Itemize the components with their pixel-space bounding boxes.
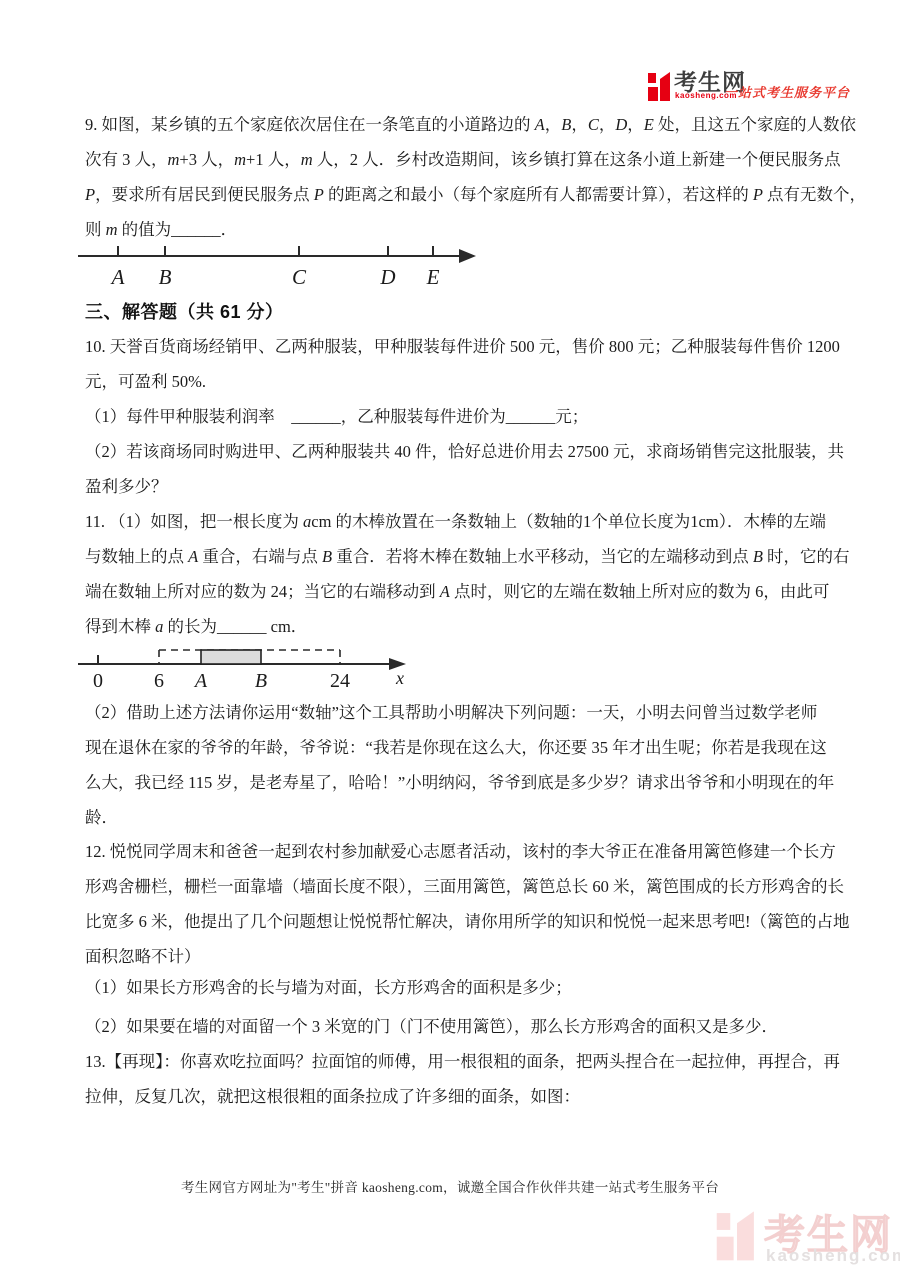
text-run: 得到木棒	[85, 617, 155, 636]
math-variable: m	[106, 220, 118, 239]
math-variable: B	[561, 115, 571, 134]
text-run: （1）每件甲种服装利润率 ______，乙种服装每件进价为______元；	[85, 407, 588, 426]
point-label: B	[159, 265, 172, 289]
question-13: 13.【再现】：你喜欢吃拉面吗？拉面馆的师傅，用一根很粗的面条，把两头捏合在一起…	[85, 1044, 855, 1114]
text-run: 人，2 人．乡村改造期间，该乡镇打算在这条小道上新建一个便民服务点	[313, 150, 841, 169]
text-run: 重合．若将木棒在数轴上水平移动，当它的左端移动到点	[332, 547, 753, 566]
question-10: 10. 天誉百货商场经销甲、乙两种服装，甲种服装每件进价 500 元，售价 80…	[85, 329, 855, 399]
text-line: 9. 如图，某乡镇的五个家庭依次居住在一条笔直的小道路边的 A，B，C，D，E …	[85, 107, 855, 142]
watermark-domain: kaosheng.com	[766, 1246, 900, 1266]
kaosheng-logo-icon	[648, 70, 672, 102]
math-variable: B	[753, 547, 763, 566]
text-run: 拉伸，反复几次，就把这根很粗的面条拉成了许多细的面条，如图：	[85, 1087, 580, 1106]
text-line: （2）若该商场同时购进甲、乙两种服装共 40 件，恰好总进价用去 27500 元…	[85, 434, 855, 469]
text-line: 元，可盈利 50%.	[85, 364, 855, 399]
text-line: 12. 悦悦同学周末和爸爸一起到农村参加献爱心志愿者活动，该村的李大爷正在准备用…	[85, 834, 855, 869]
tick-label: 0	[93, 670, 103, 692]
point-label: A	[193, 670, 208, 692]
text-run: ，要求所有居民到便民服务点	[95, 185, 314, 204]
text-run: cm 的木棒放置在一条数轴上（数轴的1个单位长度为1cm）．木棒的左端	[311, 512, 826, 531]
text-line: （2）借助上述方法请你运用“数轴”这个工具帮助小明解决下列问题：一天，小明去问曾…	[85, 695, 855, 730]
text-run: 12. 悦悦同学周末和爸爸一起到农村参加献爱心志愿者活动，该村的李大爷正在准备用…	[85, 842, 836, 861]
tick-label: 6	[154, 670, 164, 692]
math-variable: m	[168, 150, 180, 169]
math-variable: A	[440, 582, 450, 601]
math-variable: P	[753, 185, 763, 204]
text-run: ，	[599, 115, 616, 134]
text-run: ，	[627, 115, 644, 134]
text-run: 10. 天誉百货商场经销甲、乙两种服装，甲种服装每件进价 500 元，售价 80…	[85, 337, 840, 356]
text-run: 次有 3 人，	[85, 150, 168, 169]
exam-page: 考生网 kaosheng.com 一站式考生服务平台 9. 如图，某乡镇的五个家…	[0, 0, 900, 1272]
text-line: 得到木棒 a 的长为______ cm．	[85, 609, 855, 644]
math-variable: E	[644, 115, 654, 134]
text-run: 的长为______ cm．	[163, 617, 307, 636]
text-run: 端在数轴上所对应的数为 24；当它的右端移动到	[85, 582, 440, 601]
math-variable: A	[535, 115, 545, 134]
text-run: 元，可盈利 50%.	[85, 372, 206, 391]
text-run: 现在退休在家的爷爷的年龄，爷爷说：“我若是你现在这么大，你还要 35 年才出生呢…	[85, 738, 827, 757]
text-run: （2）借助上述方法请你运用“数轴”这个工具帮助小明解决下列问题：一天，小明去问曾…	[85, 703, 817, 722]
question-12-part1: （1）如果长方形鸡舍的长与墙为对面，长方形鸡舍的面积是多少；	[85, 970, 855, 1005]
question-12-part2: （2）如果要在墙的对面留一个 3 米宽的门（门不使用篱笆），那么长方形鸡舍的面积…	[85, 1009, 855, 1044]
axis-variable-label: x	[395, 668, 404, 688]
text-line: 形鸡舍栅栏，栅栏一面靠墙（墙面长度不限），三面用篱笆，篱笆总长 60 米，篱笆围…	[85, 869, 855, 904]
point-label: D	[379, 265, 395, 289]
text-run: 重合，右端与点	[198, 547, 322, 566]
text-run: 的距离之和最小（每个家庭所有人都需要计算），若这样的	[324, 185, 753, 204]
text-run: 点有无数个，	[763, 185, 866, 204]
text-run: 龄．	[85, 808, 118, 827]
site-logo: 考生网 kaosheng.com 一站式考生服务平台	[640, 60, 860, 108]
footer-text: 考生网官方网址为"考生"拼音 kaosheng.com，诚邀全国合作伙伴共建一站…	[0, 1176, 900, 1196]
text-run: （1）如果长方形鸡舍的长与墙为对面，长方形鸡舍的面积是多少；	[85, 978, 572, 997]
math-variable: C	[588, 115, 599, 134]
question-10-part1: （1）每件甲种服装利润率 ______，乙种服装每件进价为______元；	[85, 399, 855, 434]
text-line: 11. （1）如图，把一根长度为 acm 的木棒放置在一条数轴上（数轴的1个单位…	[85, 504, 855, 539]
text-run: 与数轴上的点	[85, 547, 188, 566]
text-run: 处，且这五个家庭的人数依	[654, 115, 856, 134]
text-run: 的值为______．	[118, 220, 238, 239]
point-label: C	[292, 265, 307, 289]
text-line: 龄．	[85, 800, 855, 835]
text-run: 比宽多 6 米，他提出了几个问题想让悦悦帮忙解决，请你用所学的知识和悦悦一起来思…	[85, 912, 850, 931]
point-label: A	[110, 265, 125, 289]
text-line: 端在数轴上所对应的数为 24；当它的右端移动到 A 点时，则它的左端在数轴上所对…	[85, 574, 855, 609]
text-line: 次有 3 人，m+3 人，m+1 人，m 人，2 人．乡村改造期间，该乡镇打算在…	[85, 142, 855, 177]
text-line: （2）如果要在墙的对面留一个 3 米宽的门（门不使用篱笆），那么长方形鸡舍的面积…	[85, 1009, 855, 1044]
math-variable: D	[615, 115, 627, 134]
axis-arrow-icon	[459, 249, 476, 263]
section-heading: 三、解答题（共 61 分）	[85, 298, 284, 324]
point-label: B	[255, 670, 267, 692]
text-line: 与数轴上的点 A 重合，右端与点 B 重合．若将木棒在数轴上水平移动，当它的左端…	[85, 539, 855, 574]
text-line: P，要求所有居民到便民服务点 P 的距离之和最小（每个家庭所有人都需要计算），若…	[85, 177, 855, 212]
text-run: （2）若该商场同时购进甲、乙两种服装共 40 件，恰好总进价用去 27500 元…	[85, 442, 844, 461]
text-run: （2）如果要在墙的对面留一个 3 米宽的门（门不使用篱笆），那么长方形鸡舍的面积…	[85, 1017, 778, 1036]
text-line: 面积忽略不计）	[85, 939, 855, 974]
q9-numberline-diagram: A B C D E	[78, 242, 478, 290]
text-line: （1）如果长方形鸡舍的长与墙为对面，长方形鸡舍的面积是多少；	[85, 970, 855, 1005]
text-line: 比宽多 6 米，他提出了几个问题想让悦悦帮忙解决，请你用所学的知识和悦悦一起来思…	[85, 904, 855, 939]
text-line: 10. 天誉百货商场经销甲、乙两种服装，甲种服装每件进价 500 元，售价 80…	[85, 329, 855, 364]
text-line: （1）每件甲种服装利润率 ______，乙种服装每件进价为______元；	[85, 399, 855, 434]
text-run: ，	[545, 115, 562, 134]
text-run: 11. （1）如图，把一根长度为	[85, 512, 303, 531]
math-variable: P	[85, 185, 95, 204]
text-line: 拉伸，反复几次，就把这根很粗的面条拉成了许多细的面条，如图：	[85, 1079, 855, 1114]
text-run: 点时，则它的左端在数轴上所对应的数为 6，由此可	[450, 582, 830, 601]
text-run: 形鸡舍栅栏，栅栏一面靠墙（墙面长度不限），三面用篱笆，篱笆总长 60 米，篱笆围…	[85, 877, 844, 896]
question-11-part2: （2）借助上述方法请你运用“数轴”这个工具帮助小明解决下列问题：一天，小明去问曾…	[85, 695, 855, 835]
math-variable: B	[322, 547, 332, 566]
tick-label: 24	[330, 670, 350, 692]
point-label: E	[426, 265, 440, 289]
text-run: 时，它的右	[763, 547, 850, 566]
text-run: ，	[571, 115, 588, 134]
text-line: 现在退休在家的爷爷的年龄，爷爷说：“我若是你现在这么大，你还要 35 年才出生呢…	[85, 730, 855, 765]
text-line: 盈利多少？	[85, 469, 855, 504]
text-run: 么大，我已经 115 岁，是老寿星了，哈哈！”小明纳闷，爷爷到底是多少岁？请求出…	[85, 773, 834, 792]
math-variable: m	[301, 150, 313, 169]
text-line: 13.【再现】：你喜欢吃拉面吗？拉面馆的师傅，用一根很粗的面条，把两头捏合在一起…	[85, 1044, 855, 1079]
question-9: 9. 如图，某乡镇的五个家庭依次居住在一条笔直的小道路边的 A，B，C，D，E …	[85, 107, 855, 247]
text-run: +3 人，	[179, 150, 234, 169]
text-run: 面积忽略不计）	[85, 947, 201, 966]
kaosheng-watermark-icon	[714, 1208, 760, 1262]
question-12: 12. 悦悦同学周末和爸爸一起到农村参加献爱心志愿者活动，该村的李大爷正在准备用…	[85, 834, 855, 974]
text-run: 则	[85, 220, 106, 239]
question-11: 11. （1）如图，把一根长度为 acm 的木棒放置在一条数轴上（数轴的1个单位…	[85, 504, 855, 644]
text-run: +1 人，	[246, 150, 301, 169]
text-run: 盈利多少？	[85, 477, 168, 496]
rod-rectangle	[201, 650, 261, 664]
text-run: 13.【再现】：你喜欢吃拉面吗？拉面馆的师傅，用一根很粗的面条，把两头捏合在一起…	[85, 1052, 840, 1071]
watermark-logo: 考生网 kaosheng.com	[714, 1204, 900, 1268]
q11-numberline-diagram: 0 6 A B 24 x	[78, 640, 418, 694]
math-variable: P	[314, 185, 324, 204]
math-variable: A	[188, 547, 198, 566]
text-run: 9. 如图，某乡镇的五个家庭依次居住在一条笔直的小道路边的	[85, 115, 535, 134]
text-line: 么大，我已经 115 岁，是老寿星了，哈哈！”小明纳闷，爷爷到底是多少岁？请求出…	[85, 765, 855, 800]
math-variable: m	[234, 150, 246, 169]
brand-tagline: 一站式考生服务平台	[724, 82, 850, 101]
question-10-part2: （2）若该商场同时购进甲、乙两种服装共 40 件，恰好总进价用去 27500 元…	[85, 434, 855, 504]
